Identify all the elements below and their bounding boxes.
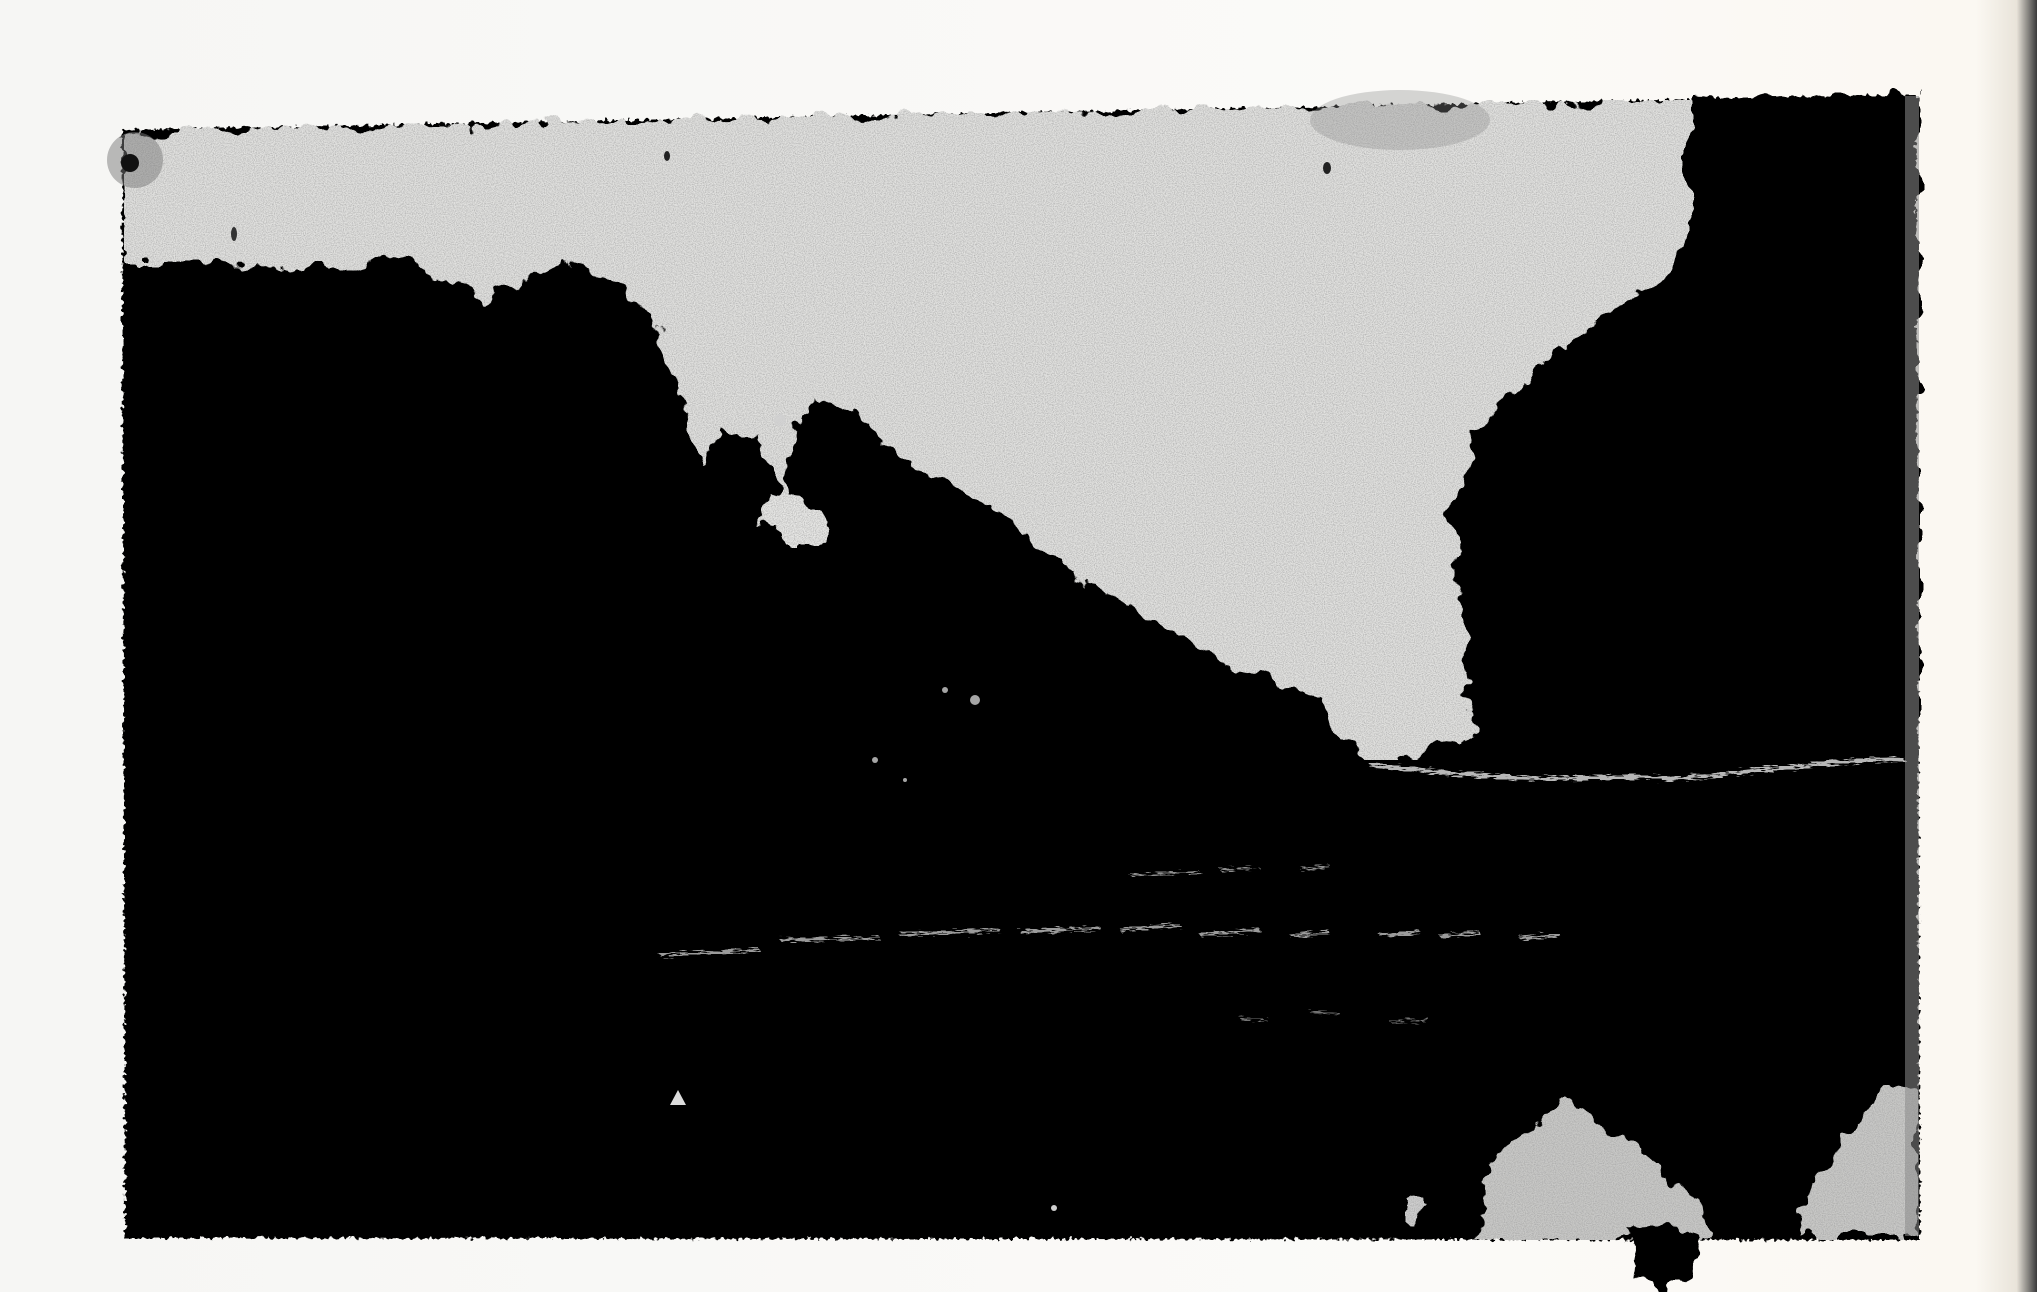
dust-spot — [231, 227, 237, 241]
photo-print — [0, 0, 2037, 1292]
print-right-border — [1905, 96, 1919, 1236]
scanned-page: Scanned high-contrast photocopy of a lan… — [0, 0, 2037, 1292]
ink-drip — [1625, 1225, 1700, 1292]
dust-spot — [121, 154, 139, 172]
foreground-fleck — [1051, 1205, 1057, 1211]
dust-spot — [664, 151, 670, 161]
dust-spot — [1323, 162, 1331, 174]
sky-shadow — [1310, 90, 1490, 150]
